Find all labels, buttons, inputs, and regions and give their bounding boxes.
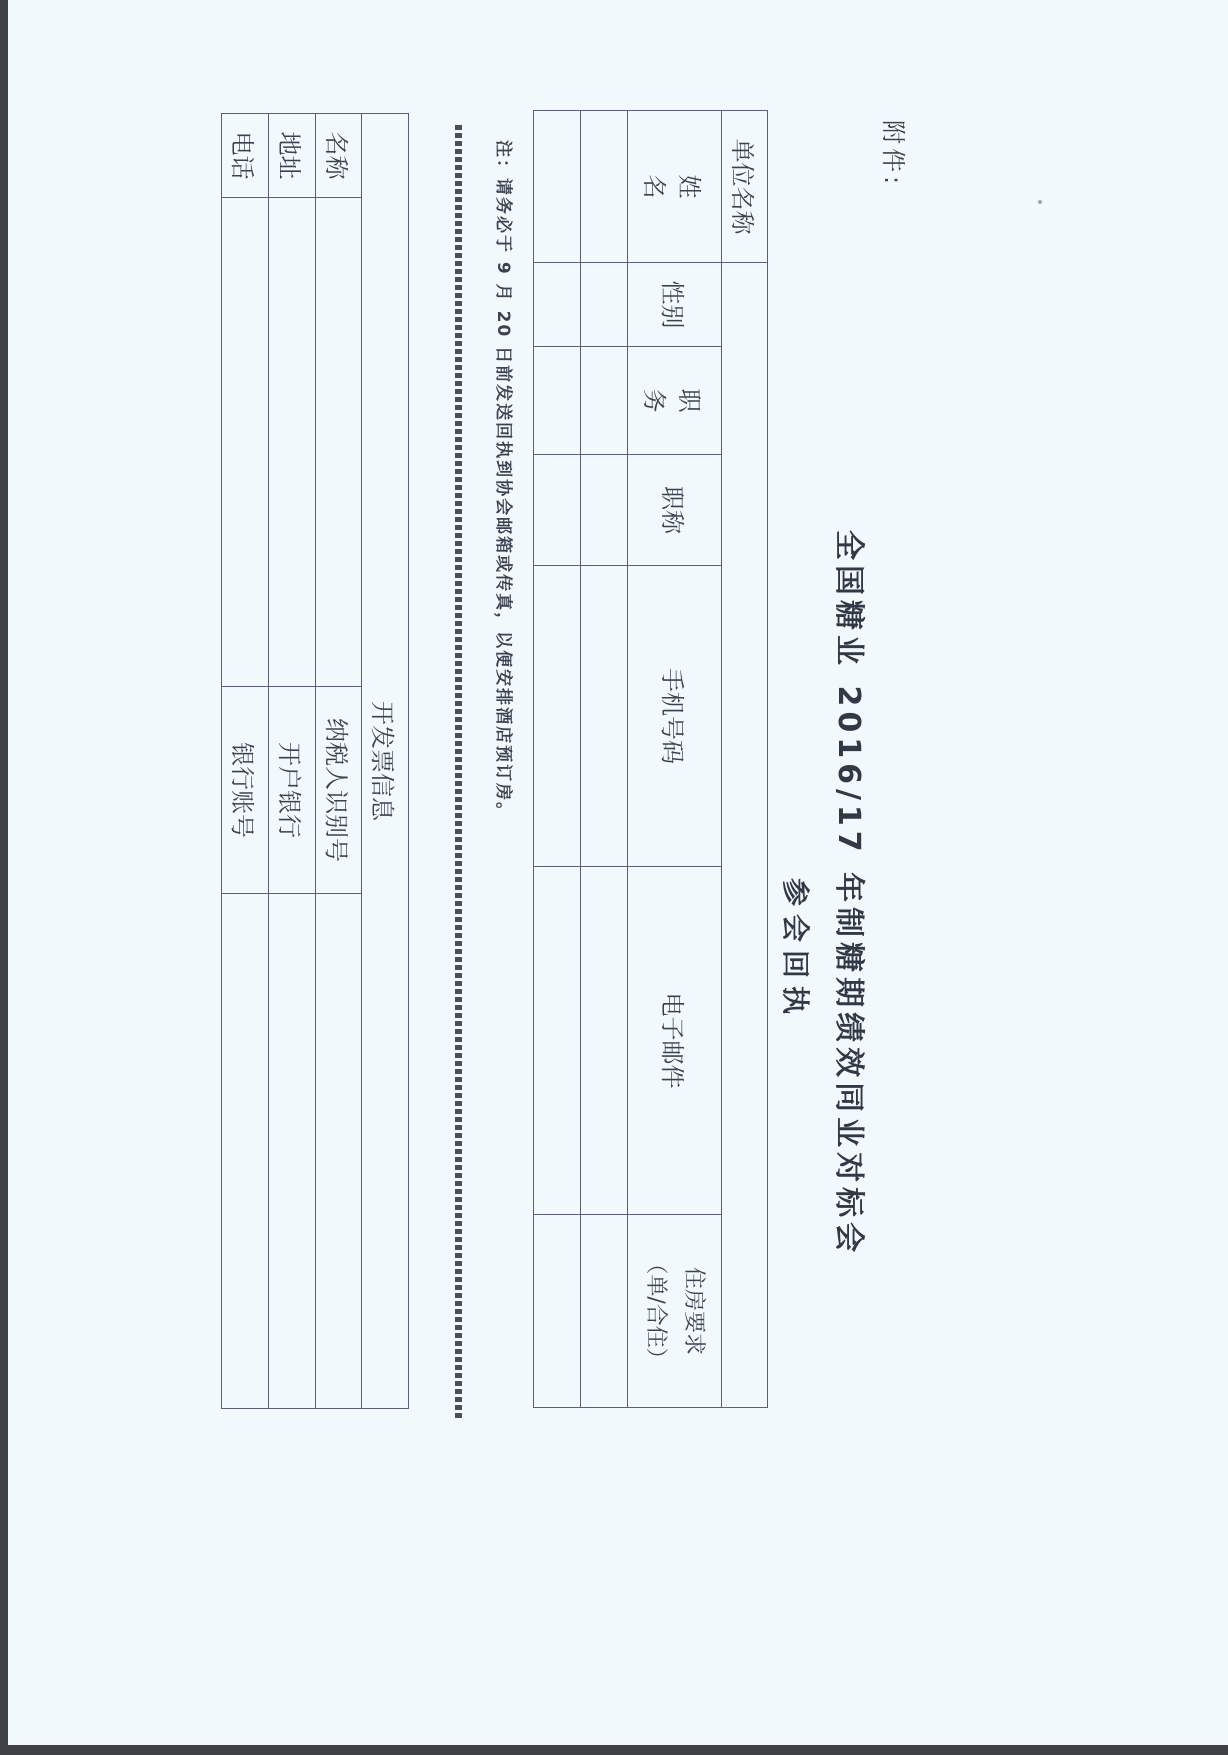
cell-housing[interactable]	[534, 1215, 581, 1408]
cell-name[interactable]	[581, 111, 628, 263]
invoice-row-name: 名称 纳税人识别号	[316, 114, 362, 1409]
header-housing: 住房要求 （单/合住）	[628, 1215, 722, 1408]
header-email: 电子邮件	[628, 867, 722, 1215]
field-bank[interactable]	[269, 894, 316, 1409]
label-account: 银行账号	[222, 687, 269, 894]
invoice-title: 开发票信息	[362, 114, 409, 1409]
cell-mobile[interactable]	[534, 566, 581, 867]
label-phone: 电话	[222, 114, 269, 198]
invoice-title-row: 开发票信息	[362, 114, 409, 1409]
header-mobile: 手机号码	[628, 566, 722, 867]
label-taxpayer-id: 纳税人识别号	[316, 687, 362, 894]
unit-name-row: 单位名称	[722, 111, 768, 1408]
label-bank: 开户银行	[269, 687, 316, 894]
document-subtitle: 参会回执	[777, 878, 817, 1022]
cell-position[interactable]	[534, 347, 581, 455]
label-name: 名称	[316, 114, 362, 198]
rotated-document: 附件: 全国糖业 2016/17 年制糖期绩效同业对标会 参会回执 单位名称 姓…	[0, 0, 1228, 1755]
deadline-note: 注：请务必于 9 月 20 日前发送回执到协会邮箱或传真，以便安排酒店预订房。	[493, 140, 518, 821]
cell-mobile[interactable]	[581, 566, 628, 867]
field-address[interactable]	[269, 198, 316, 687]
unit-name-label: 单位名称	[722, 111, 768, 263]
cell-gender[interactable]	[534, 263, 581, 347]
document-title: 全国糖业 2016/17 年制糖期绩效同业对标会	[830, 530, 874, 1257]
cell-title[interactable]	[534, 455, 581, 566]
unit-name-field[interactable]	[722, 263, 768, 1408]
registration-table: 单位名称 姓 名 性别 职 务 职称 手机号码 电子邮件 住房要求 （单/合住）	[533, 110, 768, 1408]
header-row: 姓 名 性别 职 务 职称 手机号码 电子邮件 住房要求 （单/合住）	[628, 111, 722, 1408]
cell-position[interactable]	[581, 347, 628, 455]
field-account[interactable]	[222, 894, 269, 1409]
invoice-table: 开发票信息 名称 纳税人识别号 地址 开户银行 电话 银行账号	[221, 113, 409, 1409]
cell-name[interactable]	[534, 111, 581, 263]
field-phone[interactable]	[222, 198, 269, 687]
header-position: 职 务	[628, 347, 722, 455]
attachment-label: 附件:	[878, 120, 913, 188]
cell-title[interactable]	[581, 455, 628, 566]
cell-housing[interactable]	[581, 1215, 628, 1408]
field-name[interactable]	[316, 198, 362, 687]
cell-email[interactable]	[581, 867, 628, 1215]
header-name: 姓 名	[628, 111, 722, 263]
field-taxpayer-id[interactable]	[316, 894, 362, 1409]
invoice-row-phone: 电话 银行账号	[222, 114, 269, 1409]
header-housing-line2: （单/合住）	[637, 1215, 675, 1407]
header-title: 职称	[628, 455, 722, 566]
cell-gender[interactable]	[581, 263, 628, 347]
cut-line-divider	[455, 125, 462, 1421]
header-housing-line1: 住房要求	[675, 1215, 713, 1407]
table-row	[581, 111, 628, 1408]
cell-email[interactable]	[534, 867, 581, 1215]
label-address: 地址	[269, 114, 316, 198]
header-gender: 性别	[628, 263, 722, 347]
table-row	[534, 111, 581, 1408]
invoice-row-address: 地址 开户银行	[269, 114, 316, 1409]
